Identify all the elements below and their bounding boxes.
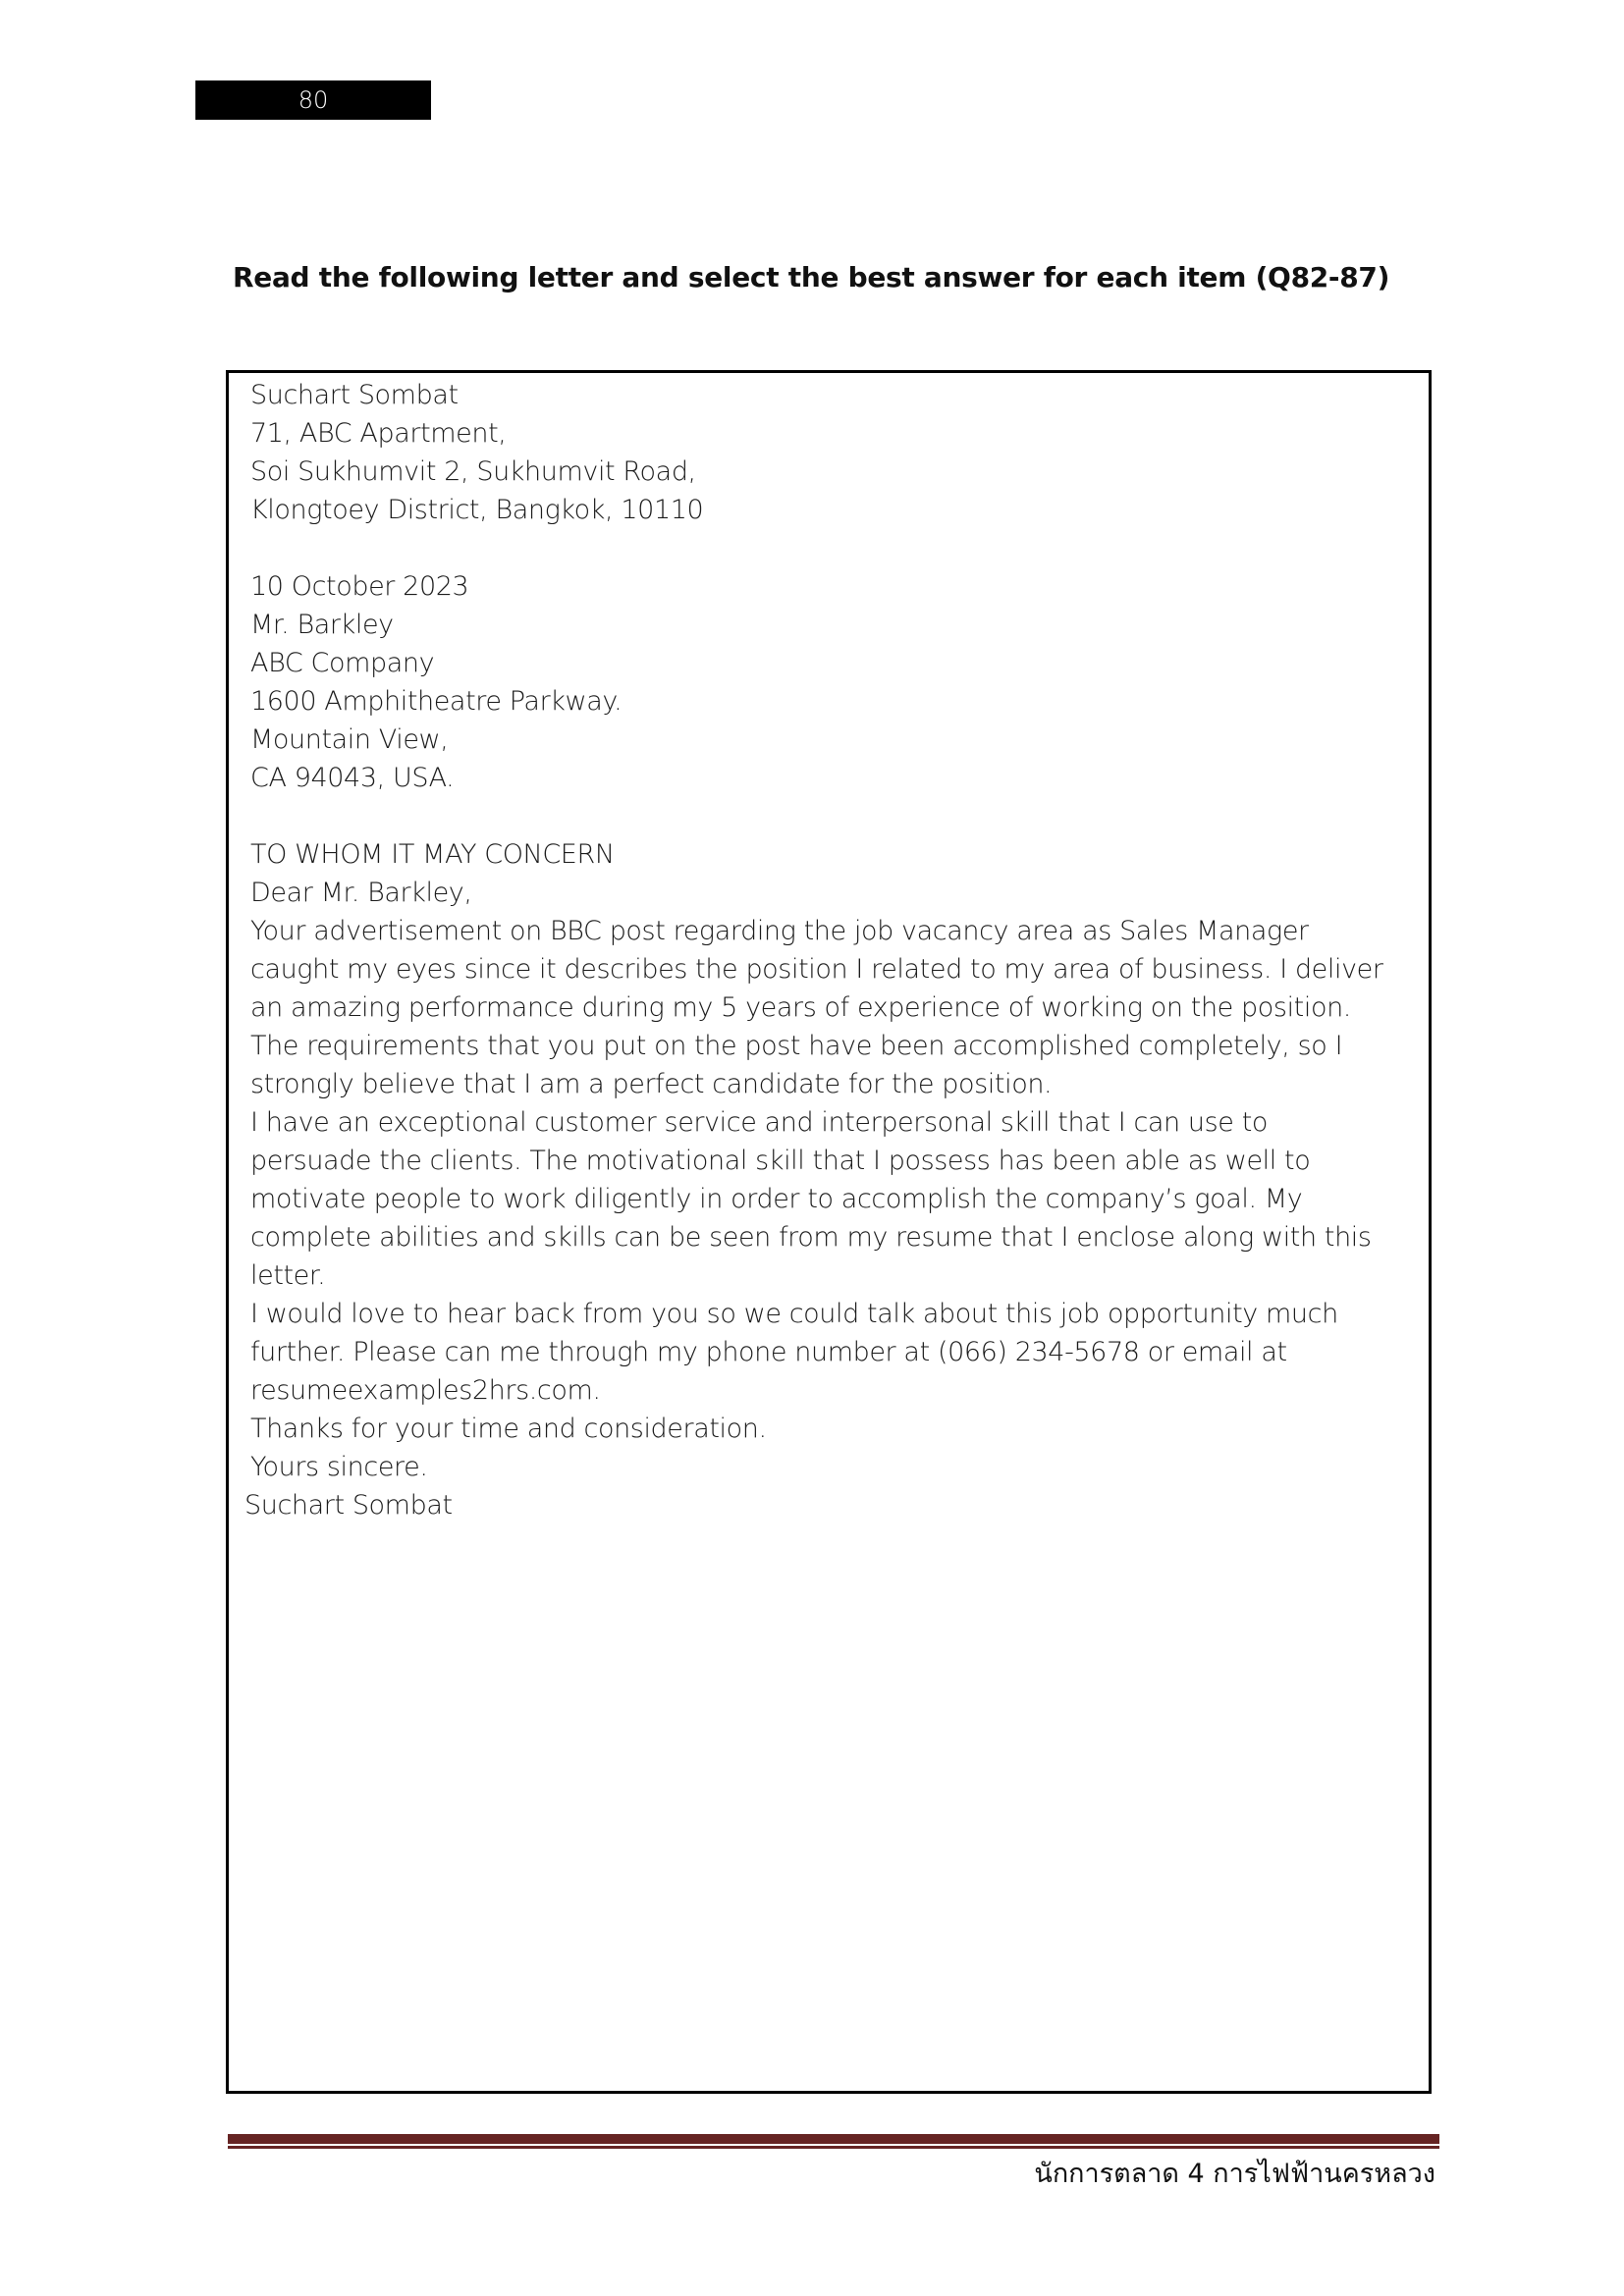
recipient-address-line: CA 94043, USA. (250, 762, 454, 795)
recipient-address-line: 1600 Amphitheatre Parkway. (250, 685, 622, 719)
letter-box: Suchart Sombat 71, ABC Apartment, Soi Su… (226, 370, 1432, 2094)
recipient-address-line: Mountain View, (250, 723, 448, 757)
salutation: Dear Mr. Barkley, (250, 877, 472, 910)
instruction-heading: Read the following letter and select the… (233, 261, 1389, 294)
closing-line: Thanks for your time and consideration. (250, 1413, 767, 1446)
body-line: I would love to hear back from you so we… (250, 1298, 1338, 1331)
sender-address-line: 71, ABC Apartment, (250, 417, 506, 451)
body-line: Your advertisement on BBC post regarding… (250, 915, 1309, 948)
body-line: strongly believe that I am a perfect can… (250, 1068, 1052, 1101)
body-line: persuade the clients. The motivational s… (250, 1145, 1310, 1178)
recipient-company: ABC Company (250, 647, 434, 680)
footer-rule-thin (228, 2146, 1439, 2149)
recipient-name: Mr. Barkley (250, 609, 394, 642)
footer-rule-thick (228, 2134, 1439, 2144)
footer-text: นักการตลาด 4 การไฟฟ้านครหลวง (1034, 2152, 1435, 2194)
body-line: letter. (250, 1259, 325, 1293)
body-line: caught my eyes since it describes the po… (250, 953, 1383, 987)
signature-name: Suchart Sombat (244, 1489, 453, 1522)
letter-subject: TO WHOM IT MAY CONCERN (250, 838, 615, 872)
page-number: 80 (195, 80, 431, 120)
body-line: further. Please can me through my phone … (250, 1336, 1287, 1369)
sender-name: Suchart Sombat (250, 379, 459, 412)
body-line: The requirements that you put on the pos… (250, 1030, 1342, 1063)
sender-address-line: Soi Sukhumvit 2, Sukhumvit Road, (250, 455, 696, 489)
body-line: an amazing performance during my 5 years… (250, 991, 1351, 1025)
body-line: I have an exceptional customer service a… (250, 1106, 1268, 1140)
letter-date: 10 October 2023 (250, 570, 468, 604)
valediction: Yours sincere. (250, 1451, 428, 1484)
body-line: complete abilities and skills can be see… (250, 1221, 1372, 1255)
body-line: motivate people to work diligently in or… (250, 1183, 1302, 1216)
body-line: resumeexamples2hrs.com. (250, 1374, 601, 1408)
sender-address-line: Klongtoey District, Bangkok, 10110 (250, 494, 703, 527)
